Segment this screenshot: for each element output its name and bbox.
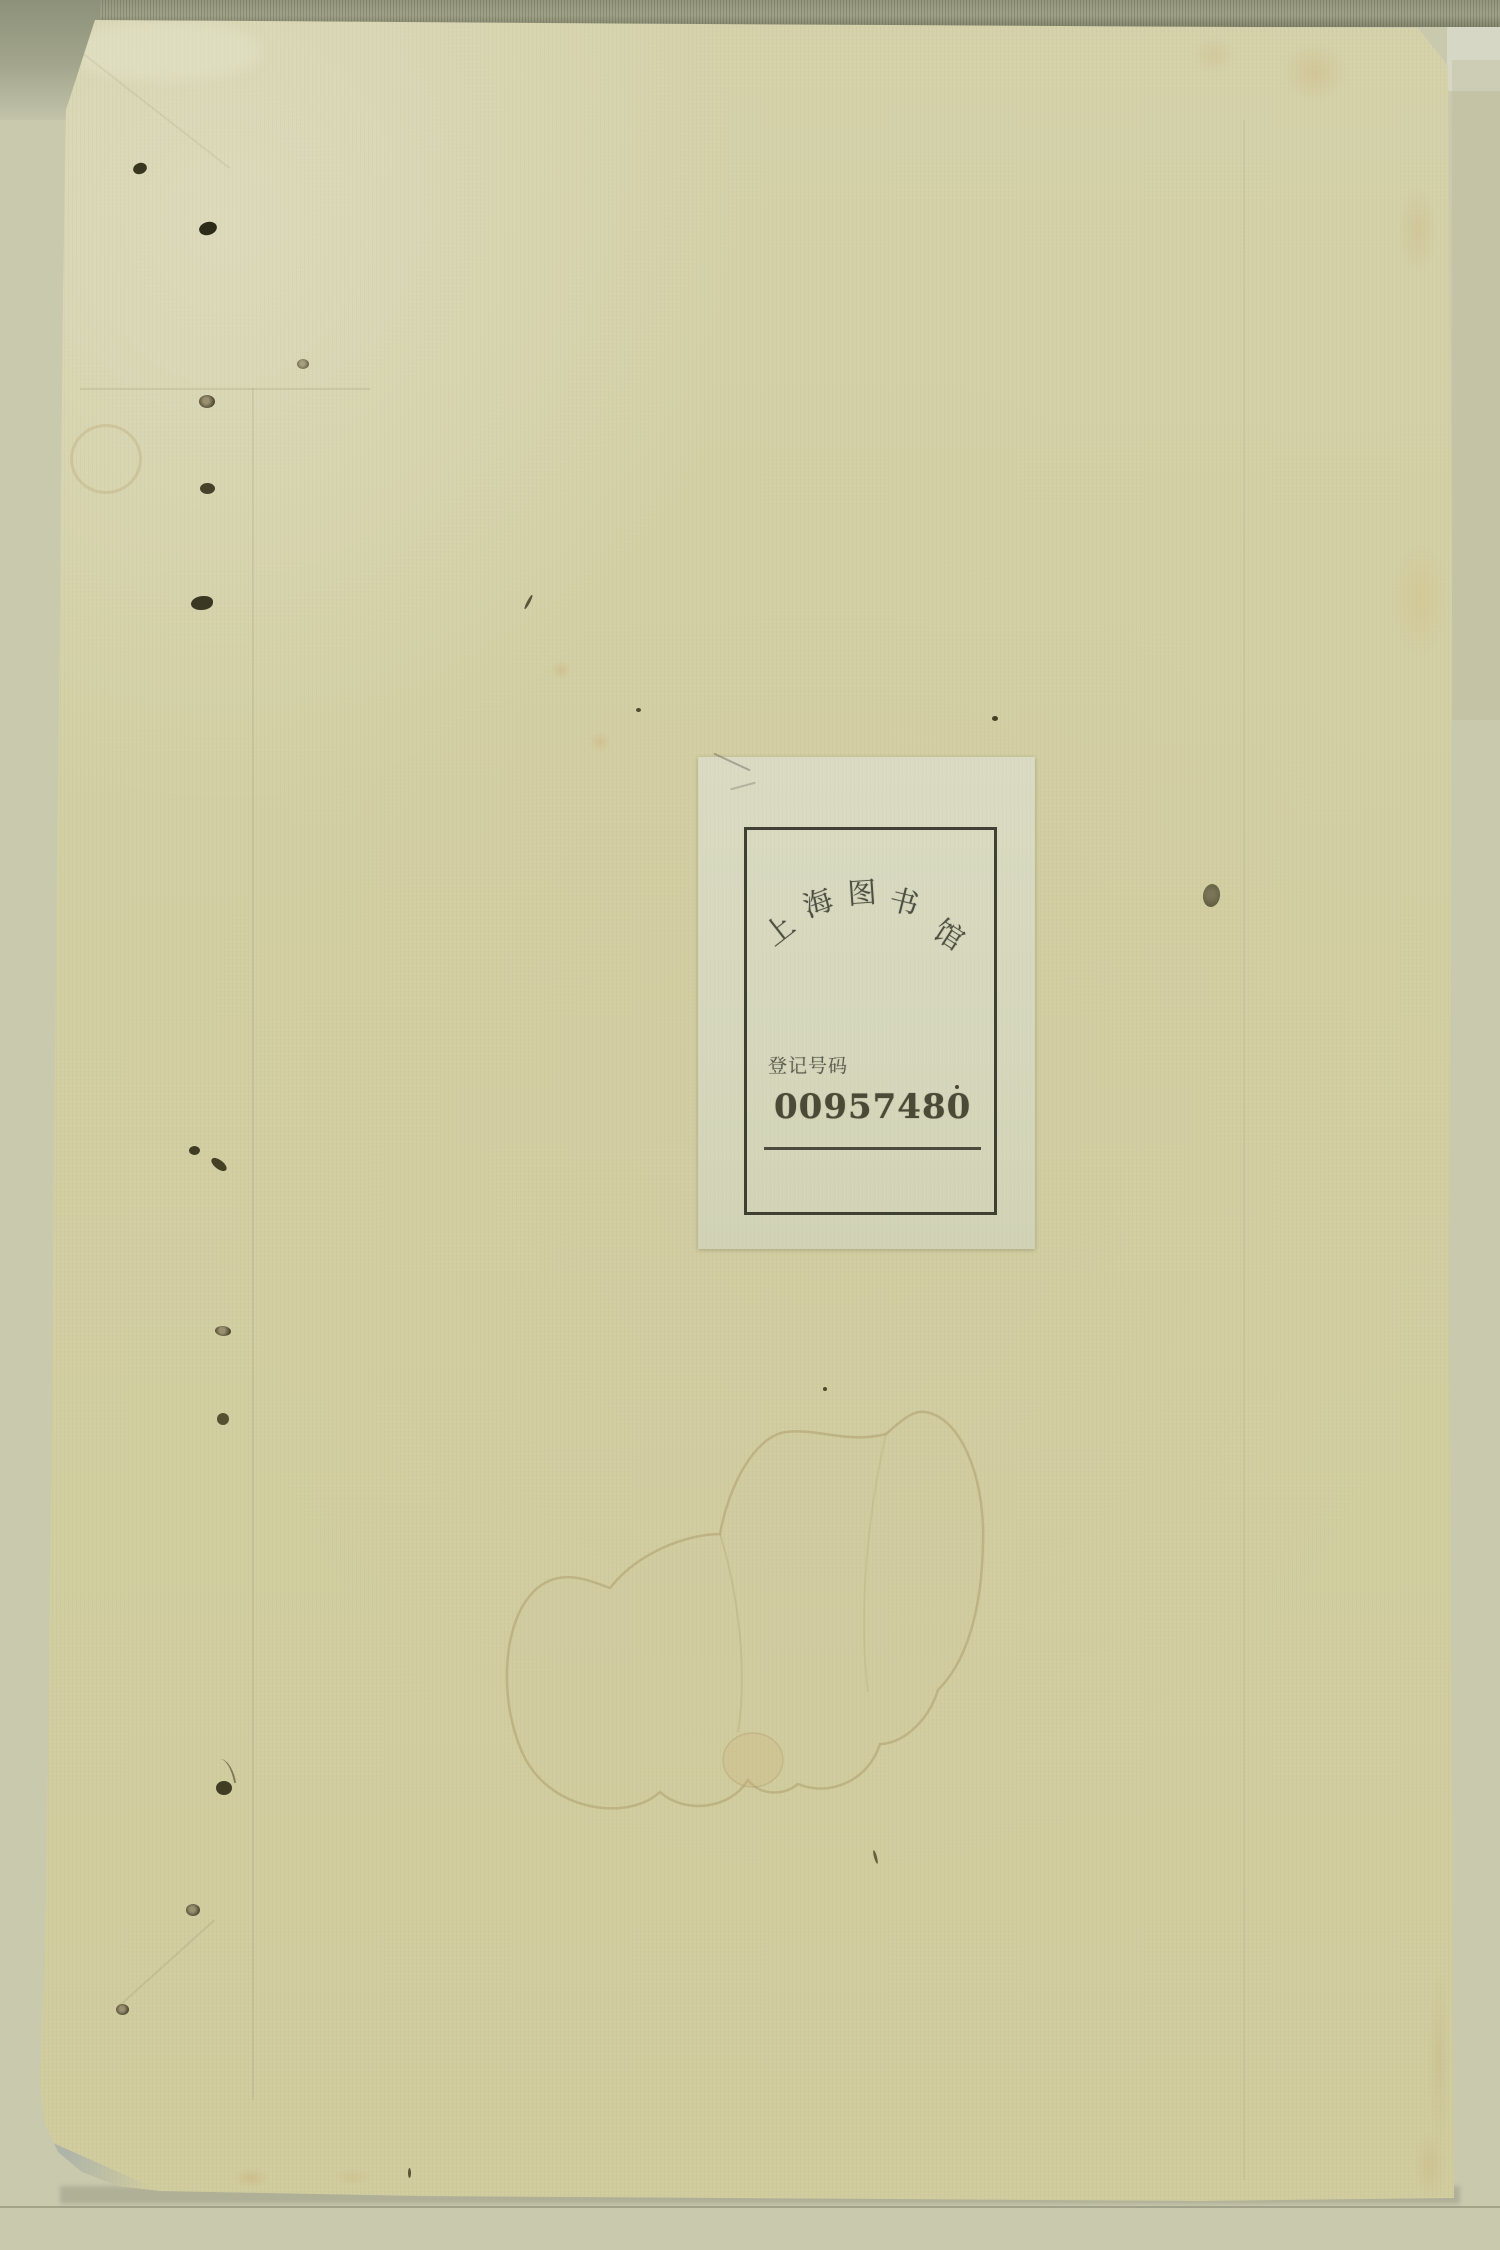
ink-speck xyxy=(955,1085,959,1089)
stain-spot xyxy=(1272,32,1357,112)
ink-speck xyxy=(636,708,641,712)
scan-mat-right-strip xyxy=(1452,60,1500,720)
binding-hole xyxy=(216,1781,232,1795)
stain-spot xyxy=(1186,30,1241,80)
pencil-mark xyxy=(730,782,756,791)
binding-hole xyxy=(198,220,219,237)
registration-number: 00957480 xyxy=(774,1089,971,1125)
binding-hole xyxy=(297,359,309,369)
water-stain xyxy=(488,1392,1008,1822)
stain-spot xyxy=(585,728,615,756)
top-left-corner-wear xyxy=(70,22,260,80)
pencil-mark xyxy=(713,753,750,772)
binding-hole xyxy=(217,1413,229,1425)
library-name-char: 图 xyxy=(844,875,880,911)
binding-hole xyxy=(215,1325,232,1336)
binding-hole xyxy=(189,1146,200,1155)
label-rule-line xyxy=(764,1147,981,1150)
stain-spot xyxy=(227,2164,275,2192)
horizontal-crease xyxy=(80,388,370,390)
ink-speck xyxy=(523,594,533,610)
stain-spot xyxy=(327,2165,379,2189)
scan-mat-bottom-line xyxy=(0,2206,1500,2208)
binding-hole xyxy=(186,1904,200,1916)
ink-speck xyxy=(872,1850,879,1864)
binding-hole xyxy=(209,1155,229,1173)
stain-spot xyxy=(1382,520,1458,676)
binding-hole xyxy=(191,596,213,610)
stain-spot xyxy=(1408,2120,1452,2210)
diagonal-crease xyxy=(117,1919,215,2007)
vertical-crease xyxy=(252,388,254,2100)
stain-ring xyxy=(70,424,142,494)
binding-hole xyxy=(199,395,215,408)
registration-field-label: 登记号码 xyxy=(768,1051,848,1078)
ink-speck xyxy=(823,1387,827,1391)
book-cover: 上 海 图 书 馆 登记号码 00957480 xyxy=(0,0,1500,2250)
binding-hole xyxy=(200,483,215,494)
library-label: 上 海 图 书 馆 登记号码 00957480 xyxy=(698,757,1035,1249)
stain-spot xyxy=(548,658,574,682)
binding-hole xyxy=(116,2004,129,2015)
vertical-crease xyxy=(1243,120,1245,2180)
binding-hole xyxy=(132,161,149,176)
ink-speck xyxy=(992,716,998,721)
dark-oval-spot xyxy=(1201,883,1221,908)
stain-spot xyxy=(1390,170,1445,290)
ink-speck xyxy=(408,2168,411,2178)
scan-page: 上 海 图 书 馆 登记号码 00957480 xyxy=(0,0,1500,2250)
